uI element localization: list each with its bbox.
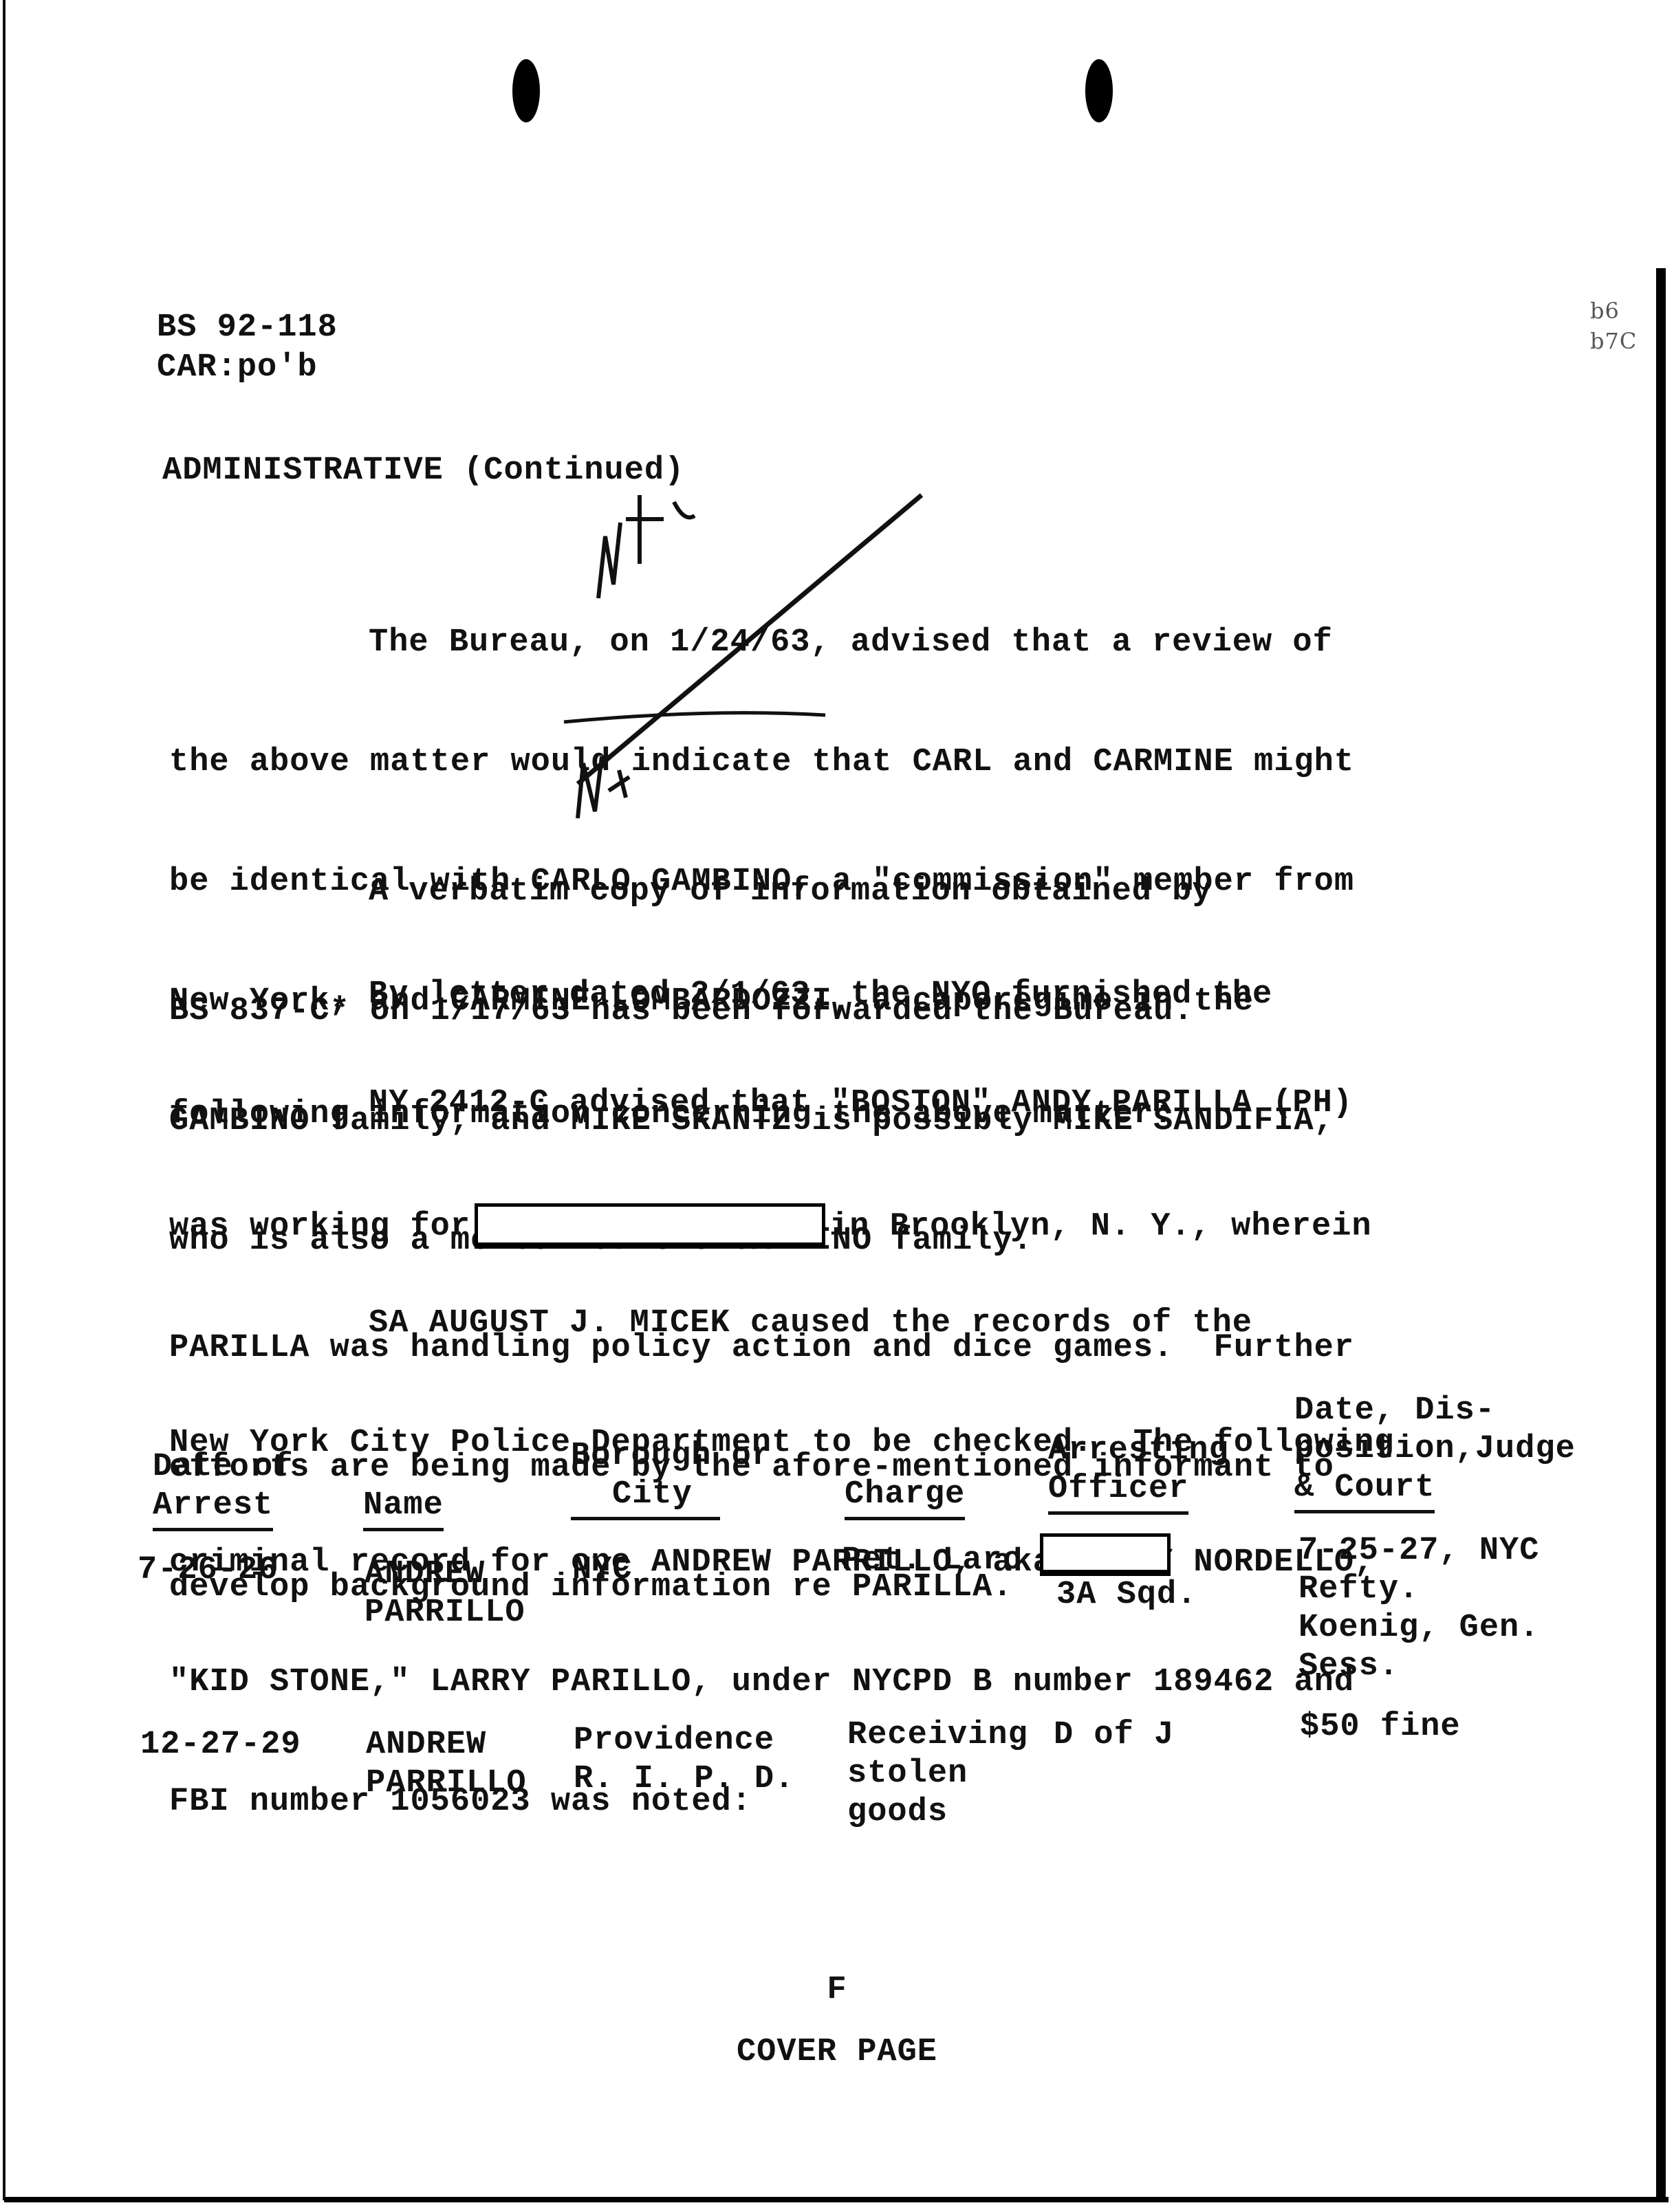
text-line: The Bureau, on 1/24/63, advised that a r… (169, 623, 1421, 663)
document-page: b6 b7C BS 92-118 CAR:po'b ADMINISTRATIVE… (0, 0, 1674, 2212)
cell-charge: Receivingstolengoods (847, 1716, 1028, 1832)
scan-edge-left (3, 0, 6, 2200)
scan-edge-bottom (4, 2197, 1668, 2202)
punch-hole-icon (512, 59, 540, 122)
text-line: the above matter would indicate that CAR… (169, 743, 1421, 782)
scan-edge-right (1656, 268, 1666, 2200)
column-header-date: Date ofArrest (153, 1448, 293, 1531)
cell-date: 7-26-26 (138, 1551, 278, 1590)
cell-date: 12-27-29 (140, 1726, 301, 1764)
page-letter: F (0, 1971, 1674, 2011)
column-header-disposition: Date, Dis-position,Judge& Court (1294, 1392, 1576, 1513)
exemption-mark: b7C (1590, 326, 1637, 356)
exemption-mark: b6 (1590, 296, 1637, 326)
typist-initials: CAR:po'b (157, 348, 318, 388)
cell-officer: 3A Sqd. (1056, 1576, 1197, 1614)
cover-page-label: COVER PAGE (0, 2033, 1674, 2072)
cell-officer: D of J (1054, 1716, 1174, 1755)
cell-borough: ProvidenceR. I. P. D. (574, 1722, 794, 1799)
column-header-officer: ArrestingOfficer (1048, 1432, 1229, 1515)
cell-name: ANDREWPARRILLO (366, 1726, 527, 1803)
text-line: SA AUGUST J. MICEK caused the records of… (169, 1304, 1421, 1344)
cell-charge: Pet. Larc (842, 1542, 1023, 1580)
punch-hole-icon (1085, 59, 1113, 122)
text-line: NY 2412-C advised that "BOSTON" ANDY PAR… (169, 1084, 1421, 1124)
text-line: FBI number 1056023 was noted: (169, 1782, 1421, 1822)
column-header-charge: Charge (845, 1476, 965, 1520)
cell-disposition: 7-25-27, NYCRefty.Koenig, Gen.Sess. (1298, 1532, 1539, 1686)
column-header-name: Name (363, 1487, 444, 1531)
text-line: criminal record for one ANDREW PARRILLO,… (169, 1543, 1421, 1583)
file-number: BS 92-118 (157, 308, 338, 348)
cell-name: ANDREWPARRILLO (365, 1555, 525, 1632)
text-line: New York City Police Department to be ch… (169, 1423, 1421, 1463)
text-line: "KID STONE," LARRY PARILLO, under NYCPD … (169, 1663, 1421, 1702)
cell-disposition: $50 fine (1300, 1708, 1461, 1746)
redaction-box (1040, 1533, 1171, 1576)
cell-borough: NYC (572, 1551, 633, 1590)
column-header-borough: Borough orCity (571, 1437, 772, 1520)
exemption-marks: b6 b7C (1590, 296, 1637, 356)
paragraph-criminal-record: SA AUGUST J. MICEK caused the records of… (169, 1224, 1421, 1902)
